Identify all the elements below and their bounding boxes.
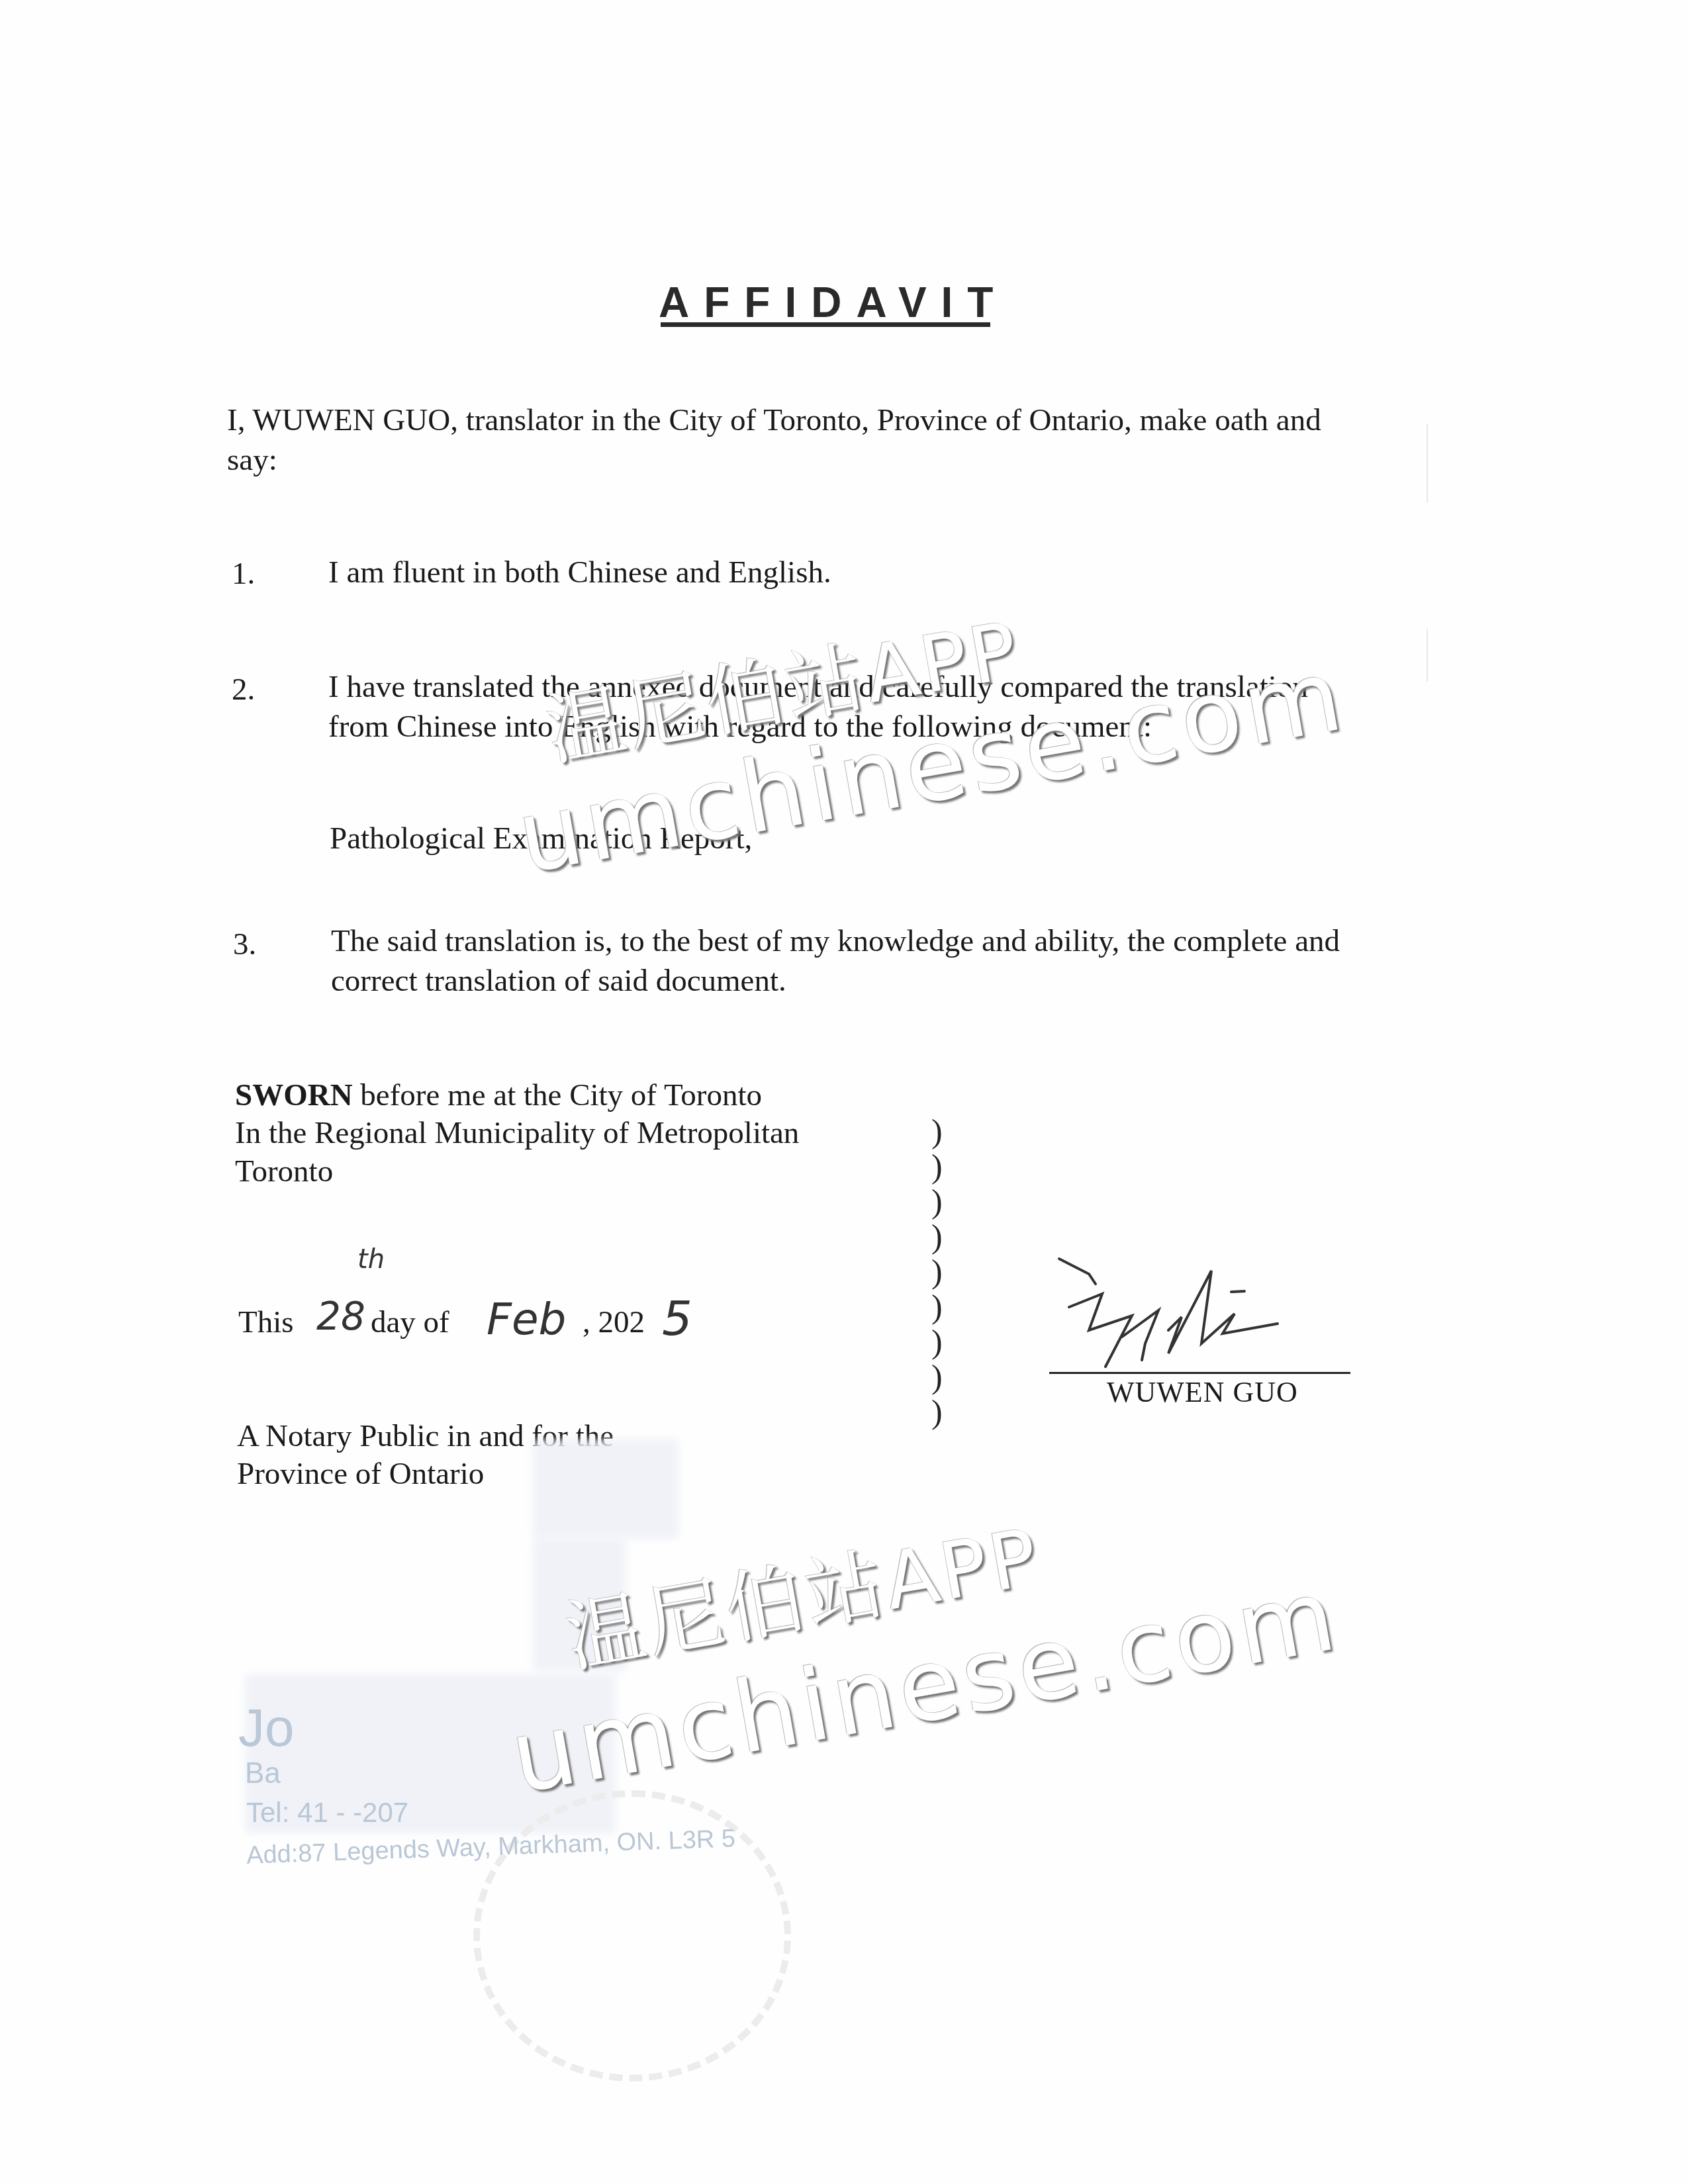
title-underline [661, 322, 990, 327]
paren: ) [931, 1112, 943, 1150]
scan-artifact [1427, 629, 1428, 682]
date-day-of: day of [371, 1302, 449, 1342]
jurat-line-1: SWORN before me at the City of Toronto [235, 1075, 762, 1115]
paren: ) [931, 1147, 943, 1185]
document-title: AFFIDAVIT [659, 278, 1008, 327]
handwritten-day: 28 [316, 1294, 365, 1339]
signer-name: WUWEN GUO [1107, 1375, 1298, 1409]
sworn-text: before me at the City of Toronto [353, 1078, 762, 1113]
affidavit-page: AFFIDAVIT I, WUWEN GUO, translator in th… [0, 0, 1688, 2184]
paren: ) [931, 1392, 943, 1431]
intro-line-1: I, WUWEN GUO, translator in the City of … [227, 400, 1321, 440]
date-year-printed: , 202 [583, 1302, 645, 1342]
date-prefix: This [238, 1302, 294, 1342]
item-3-line-1: The said translation is, to the best of … [331, 921, 1340, 961]
intro-line-2: say: [227, 440, 277, 480]
stamp-phone-fragment: Tel: 41 - -207 [246, 1797, 408, 1829]
paren: ) [931, 1252, 943, 1291]
handwritten-year-digit: 5 [662, 1291, 692, 1346]
notary-line-2: Province of Ontario [237, 1454, 484, 1494]
signature-icon [1049, 1244, 1340, 1370]
paren: ) [931, 1182, 943, 1220]
paren: ) [931, 1322, 943, 1361]
item-number: 3. [233, 927, 256, 962]
jurat-line-2: In the Regional Municipality of Metropol… [235, 1113, 799, 1153]
item-number: 2. [232, 672, 255, 707]
paren: ) [931, 1217, 943, 1255]
stamp-name-fragment: Jo [238, 1698, 295, 1758]
redaction-block [533, 1439, 679, 1539]
item-3-line-2: correct translation of said document. [331, 961, 786, 1001]
stamp-title-fragment: Ba [245, 1757, 281, 1790]
item-number: 1. [232, 556, 255, 592]
signature-line [1049, 1372, 1350, 1374]
handwritten-month: Feb [487, 1294, 566, 1345]
item-1-text: I am fluent in both Chinese and English. [328, 553, 831, 592]
scan-artifact [1427, 424, 1428, 503]
sworn-label: SWORN [235, 1078, 353, 1113]
paren: ) [931, 1287, 943, 1326]
handwritten-day-suffix: th [357, 1244, 385, 1275]
paren: ) [931, 1357, 943, 1396]
jurat-line-3: Toronto [235, 1152, 333, 1191]
